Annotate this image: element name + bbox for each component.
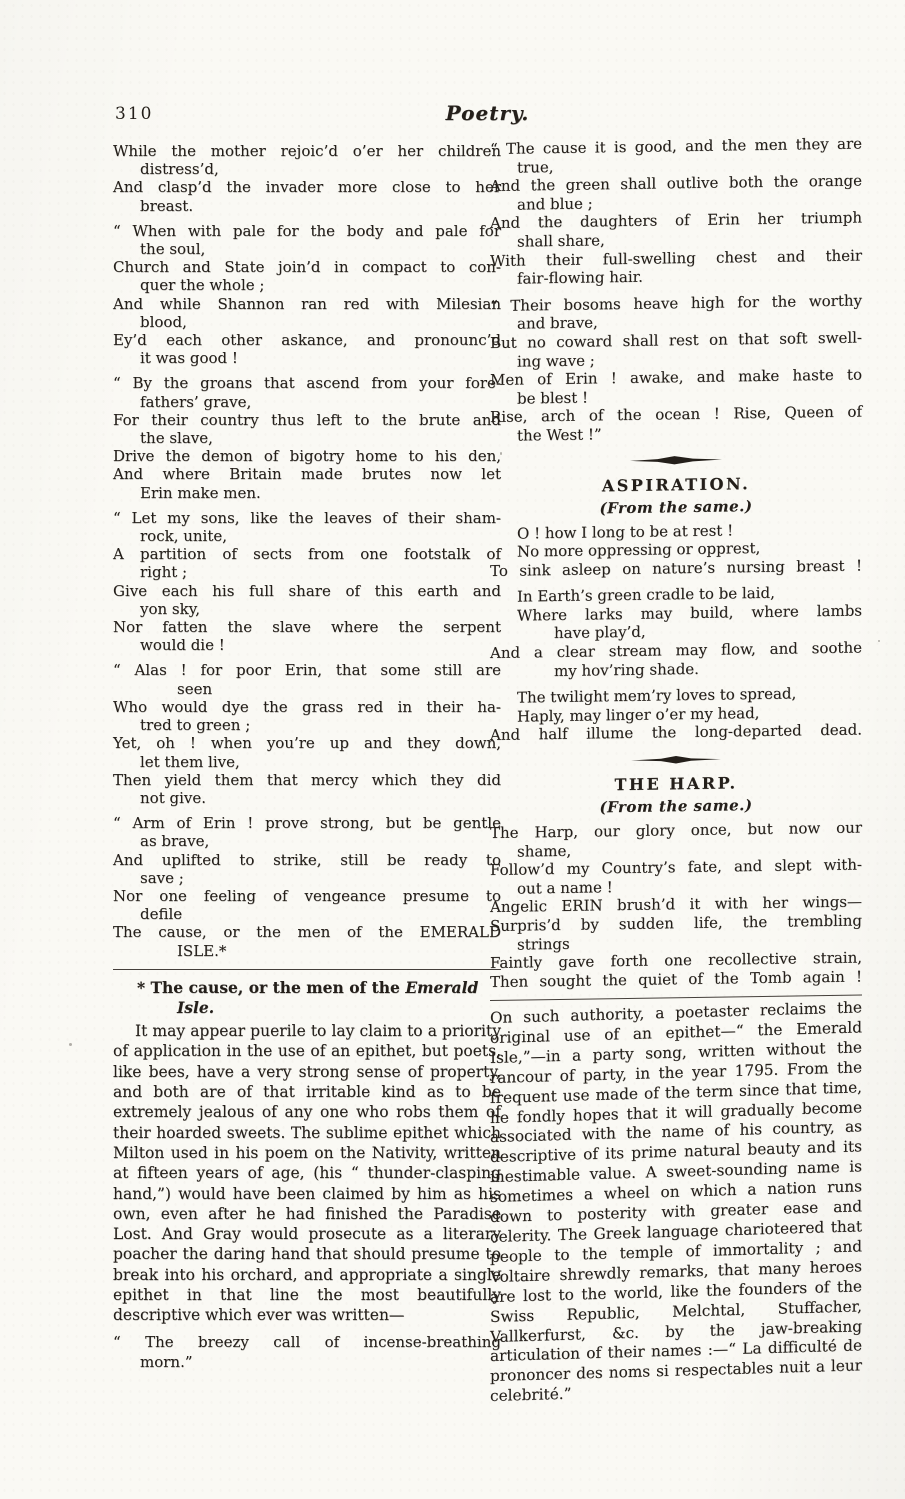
poem-line: The cause, or the men of the EMERALD: [113, 923, 501, 941]
poem-stanza: The Harp, our glory once, but now oursha…: [490, 819, 862, 992]
poem-continuation-left: While the mother rejoic’d o’er her child…: [113, 142, 501, 960]
poem-line: Nor one feeling of vengeance presume to: [113, 887, 501, 905]
poem-line: rock, unite,: [113, 527, 501, 545]
section-title: ASPIRATION.: [490, 472, 862, 497]
poem-line: Erin make men.: [113, 484, 501, 502]
poem-stanza: “ Let my sons, like the leaves of their …: [113, 509, 501, 655]
scan-speck: [878, 640, 880, 642]
poem-stanza: “ When with pale for the body and pale f…: [113, 222, 501, 368]
footnote-heading-line: Isle.: [113, 998, 501, 1018]
poem-line: breast.: [113, 197, 501, 215]
running-head: 310 Poetry.: [113, 101, 862, 131]
poem-line: distress’d,: [113, 160, 501, 178]
poem-stanza: In Earth’s green cradle to be laid,Where…: [490, 583, 862, 681]
poem-line: For their country thus left to the brute…: [113, 411, 501, 429]
footnote-marker: * The cause, or the men of the: [137, 978, 405, 997]
poem-line: would die !: [113, 636, 501, 654]
poem-stanza: “ The breezy call of incense-breathingmo…: [113, 1332, 501, 1372]
scan-speck: [69, 1043, 72, 1046]
poem-aspiration: O ! how I long to be at rest !No more op…: [490, 519, 862, 745]
lozenge-divider-ornament: [490, 747, 862, 772]
poem-line: defile: [113, 905, 501, 923]
poem-line: Yet, oh ! when you’re up and they down,: [113, 734, 501, 752]
poem-line: Then yield them that mercy which they di…: [113, 771, 501, 789]
poem-line: “ Alas ! for poor Erin, that some still …: [113, 661, 501, 679]
footnote-divider-rule: [113, 969, 501, 970]
poem-line: Who would dye the grass red in their ha-: [113, 698, 501, 716]
scan-speck: [500, 452, 502, 455]
poem-line: Ey’d each other askance, and pronounc’d: [113, 331, 501, 349]
poem-stanza: O ! how I long to be at rest !No more op…: [490, 519, 862, 580]
page-title: Poetry.: [113, 101, 862, 125]
right-footnote: On such authority, a poetaster reclaims …: [490, 999, 862, 1408]
poem-stanza: “ Arm of Erin ! prove strong, but be gen…: [113, 814, 501, 960]
section-the-harp: THE HARP. (From the same.) The Harp, our…: [490, 772, 862, 992]
section-subtitle: (From the same.): [490, 795, 862, 819]
section-aspiration: ASPIRATION. (From the same.) O ! how I l…: [490, 472, 862, 745]
poem-the-harp: The Harp, our glory once, but now oursha…: [490, 819, 862, 992]
footnote-quote: “ The breezy call of incense-breathingmo…: [113, 1332, 501, 1372]
right-column: “ The cause it is good, and the men they…: [490, 134, 862, 1407]
poem-line: let them live,: [113, 753, 501, 771]
poem-line: as brave,: [113, 832, 501, 850]
left-footnote: * The cause, or the men of the Emerald I…: [113, 978, 501, 1372]
poem-line: ISLE.*: [113, 942, 501, 960]
section-subtitle: (From the same.): [490, 495, 862, 519]
poem-line: the slave,: [113, 429, 501, 447]
poem-line: And uplifted to strike, still be ready t…: [113, 851, 501, 869]
lozenge-divider-ornament: [490, 447, 862, 472]
footnote-heading-italic: Emerald: [405, 978, 478, 997]
poem-line: quer the whole ;: [113, 276, 501, 294]
poem-line: blood,: [113, 313, 501, 331]
poem-line: fathers’ grave,: [113, 393, 501, 411]
poem-line: “ By the groans that ascend from your fo…: [113, 374, 501, 392]
poem-line: Give each his full share of this earth a…: [113, 582, 501, 600]
poem-line: “ The breezy call of incense-breathing: [113, 1332, 501, 1352]
poem-line: And clasp’d the invader more close to he…: [113, 178, 501, 196]
poem-stanza: “ Alas ! for poor Erin, that some still …: [113, 661, 501, 807]
poem-line: morn.”: [113, 1352, 501, 1372]
poem-line: the soul,: [113, 240, 501, 258]
poem-continuation-right: “ The cause it is good, and the men they…: [490, 134, 862, 445]
poem-line: tred to green ;: [113, 716, 501, 734]
poem-stanza: While the mother rejoic’d o’er her child…: [113, 142, 501, 215]
poem-line: “ Let my sons, like the leaves of their …: [113, 509, 501, 527]
poem-line: seen: [113, 680, 501, 698]
poem-line: Drive the demon of bigotry home to his d…: [113, 447, 501, 465]
poem-line: And while Shannon ran red with Milesian: [113, 295, 501, 313]
footnote-heading-line: * The cause, or the men of the Emerald: [113, 978, 501, 998]
scanned-page: 310 Poetry. While the mother rejoic’d o’…: [0, 0, 905, 1499]
poem-line: not give.: [113, 789, 501, 807]
poem-line: While the mother rejoic’d o’er her child…: [113, 142, 501, 160]
section-title: THE HARP.: [490, 772, 862, 797]
poem-line: “ Arm of Erin ! prove strong, but be gen…: [113, 814, 501, 832]
poem-line: And where Britain made brutes now let: [113, 465, 501, 483]
poem-stanza: The twilight mem’ry loves to spread,Hapl…: [490, 684, 862, 745]
poem-line: save ;: [113, 869, 501, 887]
poem-line: A partition of sects from one footstalk …: [113, 545, 501, 563]
poem-line: yon sky,: [113, 600, 501, 618]
left-column: While the mother rejoic’d o’er her child…: [113, 142, 501, 1372]
poem-line: it was good !: [113, 349, 501, 367]
footnote-heading: * The cause, or the men of the Emerald I…: [113, 978, 501, 1018]
poem-line: “ When with pale for the body and pale f…: [113, 222, 501, 240]
poem-stanza: “ Their bosoms heave high for the worthy…: [490, 291, 862, 445]
footnote-paragraph: It may appear puerile to lay claim to a …: [113, 1021, 501, 1325]
footnote-paragraph: On such authority, a poetaster reclaims …: [490, 999, 862, 1408]
poem-stanza: “ The cause it is good, and the men they…: [490, 134, 862, 288]
poem-line: right ;: [113, 563, 501, 581]
poem-line: Nor fatten the slave where the serpent: [113, 618, 501, 636]
poem-stanza: “ By the groans that ascend from your fo…: [113, 374, 501, 501]
poem-line: Church and State join’d in compact to co…: [113, 258, 501, 276]
